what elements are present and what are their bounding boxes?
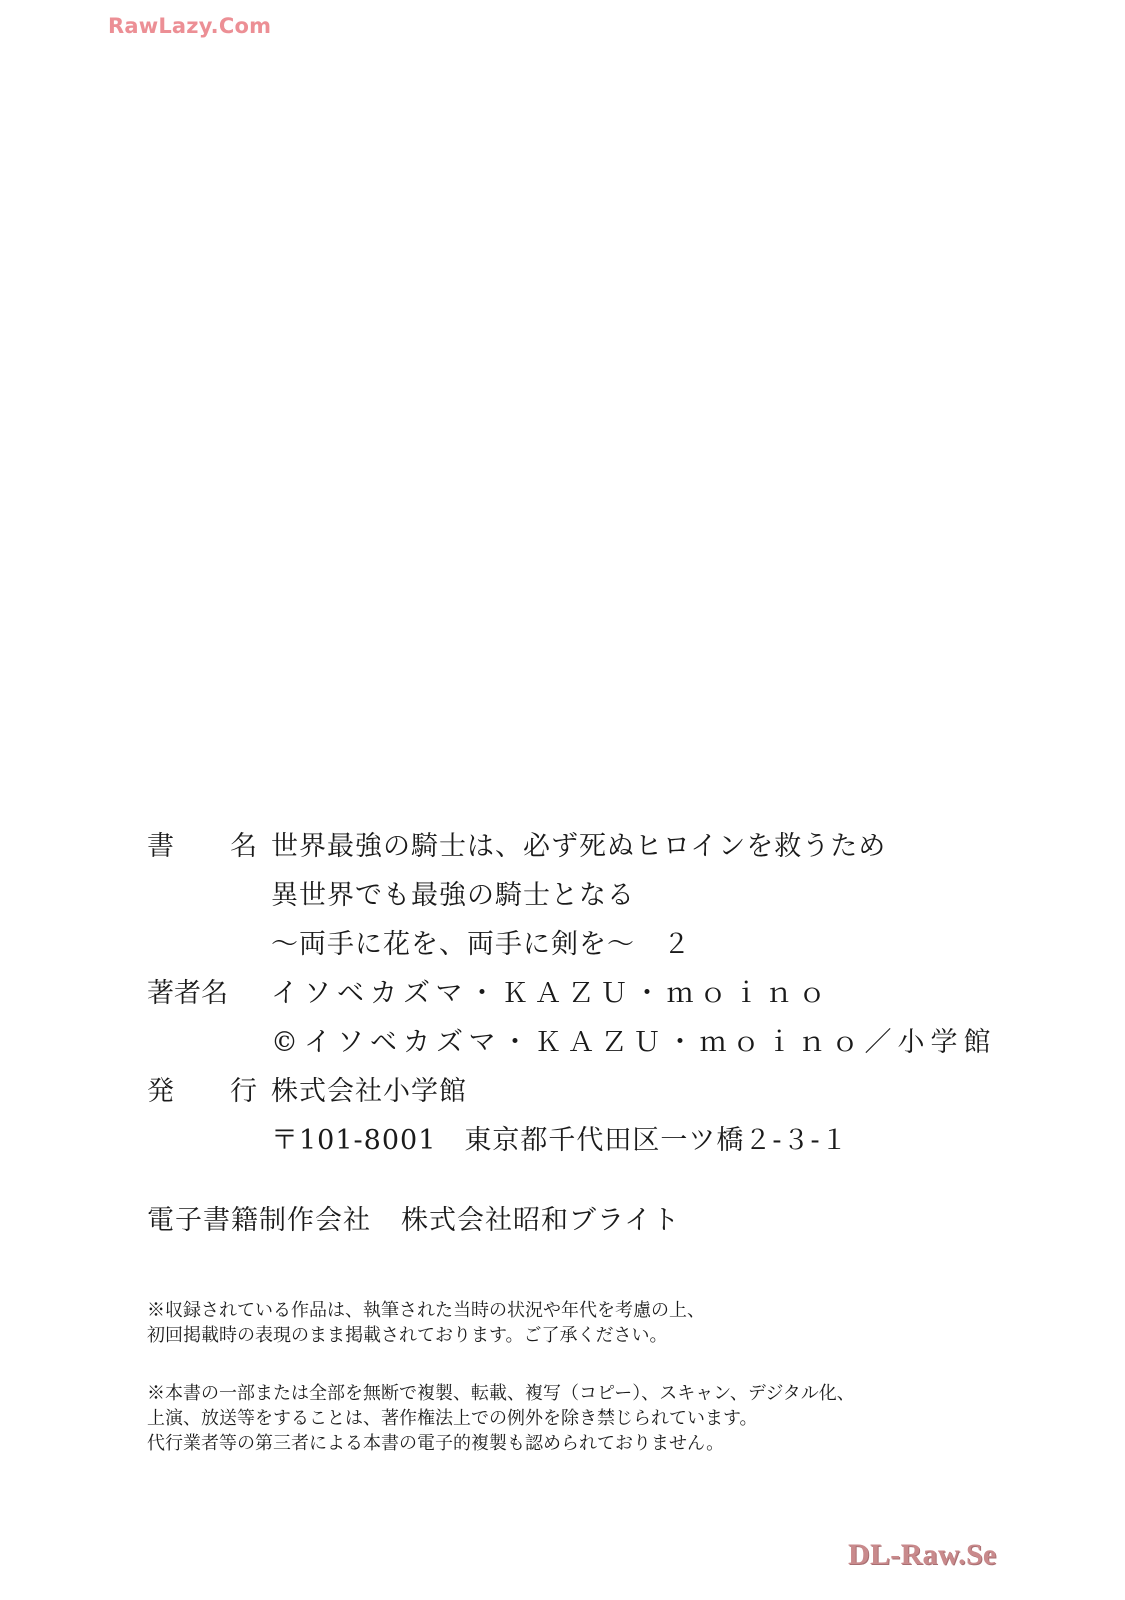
ebook-producer: 電子書籍制作会社株式会社昭和ブライト	[147, 1198, 680, 1237]
title-line-2: 異世界でも最強の騎士となる	[271, 871, 635, 920]
title-line-3: ～両手に花を、両手に剣を～ ２	[271, 920, 691, 969]
publisher-label: 発 行	[147, 1067, 257, 1116]
publisher-address: 〒101‐8001 東京都千代田区一ツ橋２‐３‐１	[271, 1116, 849, 1165]
note-line: 代行業者等の第三者による本書の電子的複製も認められておりません。	[147, 1431, 855, 1456]
producer-value: 株式会社昭和ブライト	[401, 1205, 680, 1236]
title-line-1: 世界最強の騎士は、必ず死ぬヒロインを救うため	[271, 822, 886, 871]
copyright-line: ©イソベカズマ・ＫＡＺＵ・ｍｏｉｎｏ／小学館	[271, 1018, 996, 1067]
note-copyright-warning: ※本書の一部または全部を無断で複製、転載、複写（コピー）、スキャン、デジタル化、…	[147, 1381, 855, 1456]
note-line: ※収録されている作品は、執筆された当時の状況や年代を考慮の上、	[147, 1298, 705, 1323]
author-line-1: イソベカズマ・ＫＡＺＵ・ｍｏｉｎｏ	[271, 969, 831, 1018]
title-label: 書 名	[147, 822, 257, 871]
note-original-expression: ※収録されている作品は、執筆された当時の状況や年代を考慮の上、 初回掲載時の表現…	[147, 1298, 705, 1348]
note-line: 初回掲載時の表現のまま掲載されております。ご了承ください。	[147, 1323, 705, 1348]
watermark-top: RawLazy.Com	[108, 14, 271, 38]
watermark-bottom: DL-Raw.Se	[848, 1538, 997, 1572]
author-label: 著者名	[147, 969, 257, 1018]
note-line: ※本書の一部または全部を無断で複製、転載、複写（コピー）、スキャン、デジタル化、	[147, 1381, 855, 1406]
note-line: 上演、放送等をすることは、著作権法上での例外を除き禁じられています。	[147, 1406, 855, 1431]
publisher-name: 株式会社小学館	[271, 1067, 467, 1116]
producer-label: 電子書籍制作会社	[147, 1205, 371, 1236]
